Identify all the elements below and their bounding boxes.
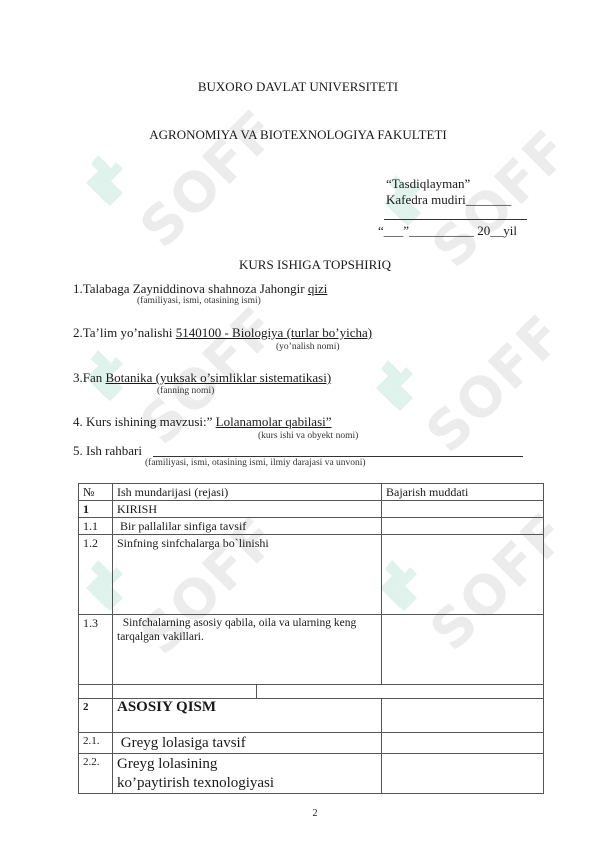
table-row: 1 KIRISH [79,501,544,518]
field-topic-hint: (kurs ishi va obyekt nomi) [258,431,358,441]
table-header-row: № Ish mundarijasi (rejasi) Bajarish mudd… [79,484,544,501]
faculty-title: AGRONOMIYA VA BIOTEXNOLOGIYA FAKULTETI [0,127,596,143]
header-deadline: Bajarish muddati [382,484,544,501]
field-student: 1.Talabaga Zayniddinova shahnoza Jahongi… [73,281,327,297]
row-number: 2.1. [79,733,113,754]
row-content: KIRISH [113,501,382,518]
table-row: 2.1. Greyg lolasiga tavsif [79,733,544,754]
field-student-label: 1.Talabaga Zayniddinova shahnoza Jahongi… [73,281,308,296]
spacer-cell [113,685,544,699]
field-direction: 2.Ta’lim yo’nalishi 5140100 - Biologiya … [73,325,372,341]
row-content: Greyg lolasining ko’paytirish texnologiy… [113,754,382,794]
row-number: 1 [79,501,113,518]
university-title: BUXORO DAVLAT UNIVERSITETI [0,79,596,95]
work-plan-table: № Ish mundarijasi (rejasi) Bajarish mudd… [78,483,544,794]
row-deadline [382,733,544,754]
assignment-heading: KURS ISHIGA TOPSHIRIQ [0,257,596,273]
table-row: 1.1 Bir pallalilar sinfiga tavsif [79,518,544,535]
row-deadline [382,699,544,733]
field-topic: 4. Kurs ishining mavzusi:” Lolanamolar q… [73,414,332,430]
row-content: Sinfning sinfchalarga bo`linishi [113,535,382,615]
field-subject: 3.Fan Botanika (yuksak o’simliklar siste… [73,370,331,386]
table-row: 2 ASOSIY QISM [79,699,544,733]
watermark-logo-icon [368,355,428,415]
header-content: Ish mundarijasi (rejasi) [113,484,382,501]
field-supervisor: 5. Ish rahbari [73,443,142,459]
field-direction-hint: (yo’nalish nomi) [276,342,340,352]
row-deadline [382,501,544,518]
row-number: 1.2 [79,535,113,615]
approval-date-line: “___”__________ 20__yil [378,223,517,239]
field-topic-value: Lolanamolar qabilasi” [216,414,332,429]
field-supervisor-label: 5. Ish rahbari [73,443,142,458]
approval-label: “Tasdiqlayman” [386,176,470,192]
header-number: № [79,484,113,501]
table-spacer-row [79,685,544,699]
field-supervisor-hint: (familiyasi, ismi, otasining ismi, ilmiy… [145,458,366,468]
row-content: Greyg lolasiga tavsif [113,733,382,754]
row-deadline [382,754,544,794]
field-subject-hint: (fanning nomi) [157,386,214,396]
table-row: 1.3 Sinfchalarning asosiy qabila, oila v… [79,615,544,685]
field-topic-label: 4. Kurs ishining mavzusi:” [73,414,216,429]
watermark-logo-icon [78,150,138,210]
watermark-text: SOFF [128,97,290,259]
row-deadline [382,535,544,615]
field-student-value: qizi [308,281,328,296]
watermark-text: SOFF [414,302,576,464]
field-student-hint: (familiyasi, ismi, otasining ismi) [137,296,261,306]
signature-line [384,219,527,220]
row-content: ASOSIY QISM [113,699,382,733]
spacer-cell [79,685,113,699]
row-content: Bir pallalilar sinfiga tavsif [113,518,382,535]
supervisor-blank-line [153,456,523,457]
row-deadline [382,615,544,685]
page-number: 2 [0,808,596,819]
document-page: SOFF SOFF SOFF SOFF SOFF SOFF BUXORO [0,0,596,867]
row-number: 1.1 [79,518,113,535]
row-number: 2 [79,699,113,733]
table-row: 2.2. Greyg lolasining ko’paytirish texno… [79,754,544,794]
row-deadline [382,518,544,535]
field-direction-label: 2.Ta’lim yo’nalishi [73,325,176,340]
row-number: 1.3 [79,615,113,685]
field-subject-value: Botanika (yuksak o’simliklar sistematika… [106,370,332,385]
department-head-line: Kafedra mudiri_______ [386,192,511,208]
row-number: 2.2. [79,754,113,794]
table-row: 1.2 Sinfning sinfchalarga bo`linishi [79,535,544,615]
field-subject-label: 3.Fan [73,370,106,385]
field-direction-value: 5140100 - Biologiya (turlar bo’yicha) [176,325,372,340]
row-content: Sinfchalarning asosiy qabila, oila va ul… [113,615,382,685]
